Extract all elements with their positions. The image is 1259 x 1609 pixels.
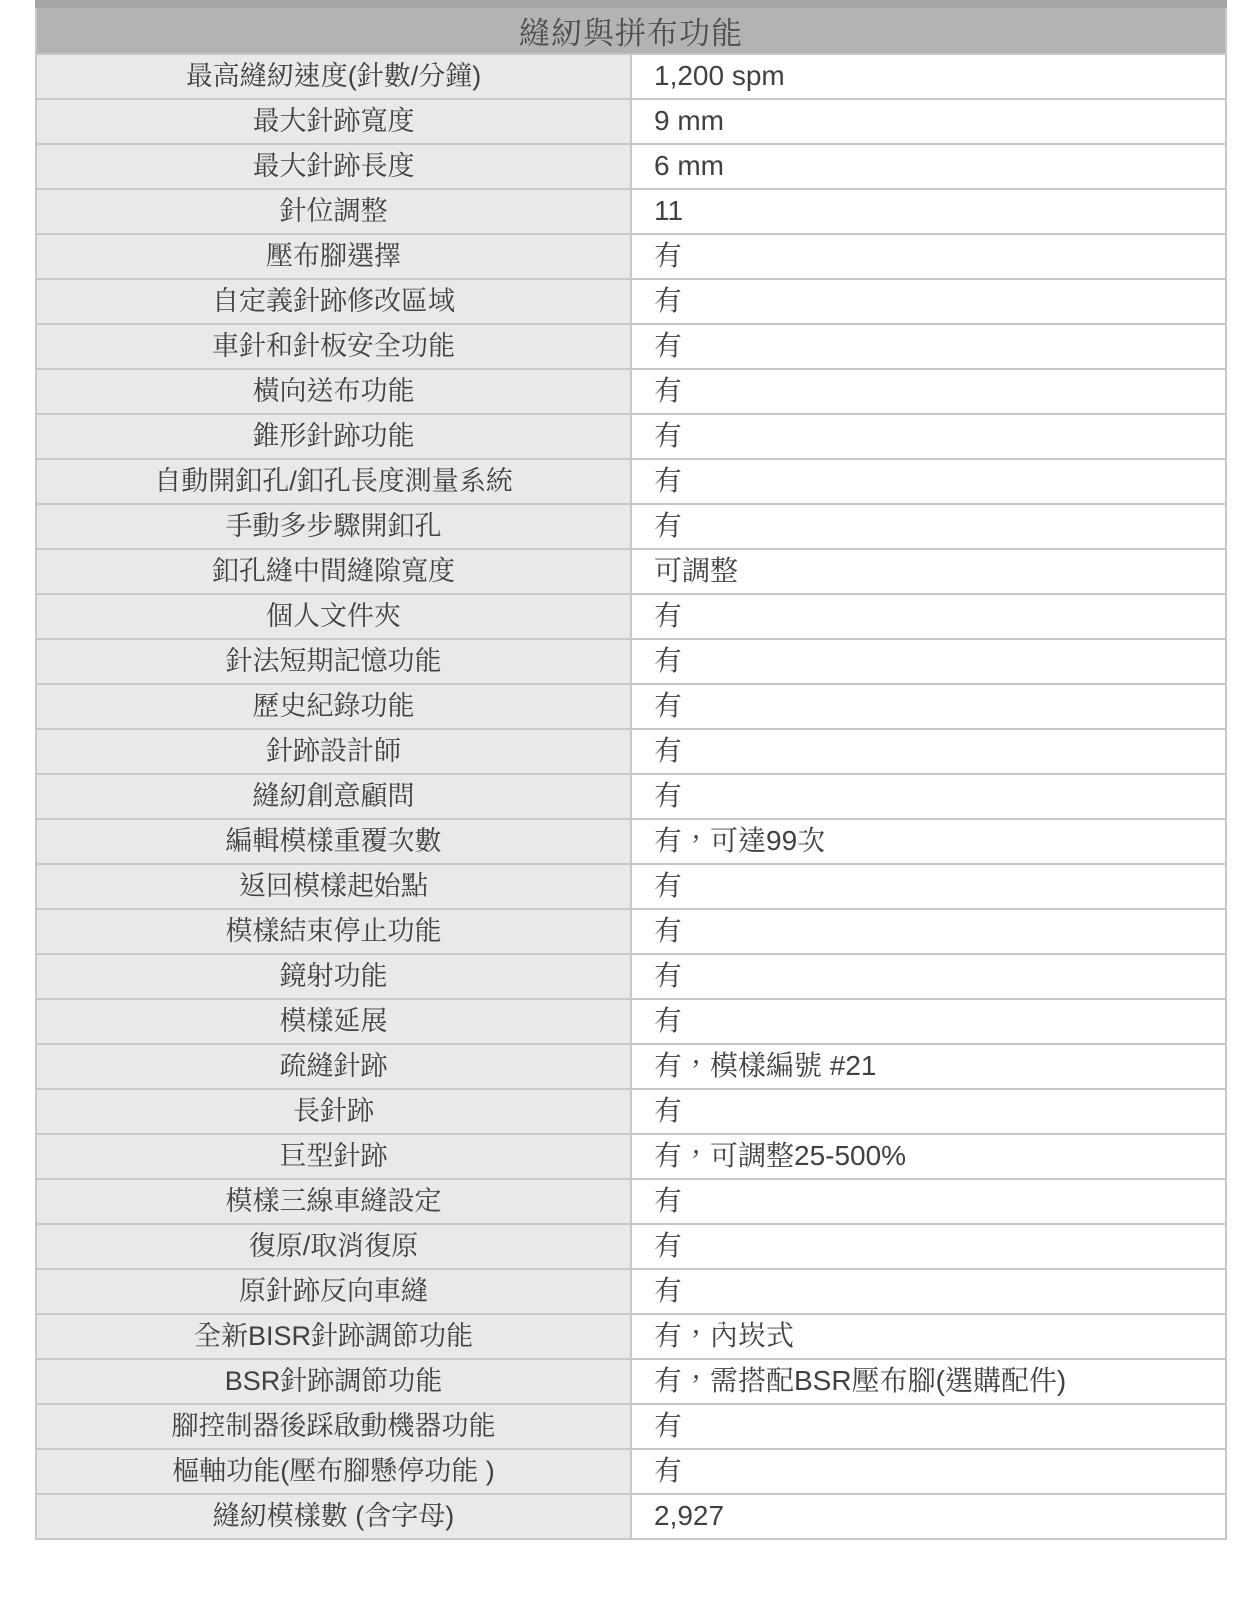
spec-label: 長針跡 — [36, 1089, 631, 1134]
sewing-quilting-spec-table: 縫紉與拼布功能 最高縫紉速度(針數/分鐘) 1,200 spm 最大針跡寬度 9… — [35, 0, 1227, 1540]
spec-table-body: 最高縫紉速度(針數/分鐘) 1,200 spm 最大針跡寬度 9 mm 最大針跡… — [36, 54, 1226, 1539]
spec-label: 釦孔縫中間縫隙寬度 — [36, 549, 631, 594]
spec-value: 有 — [631, 369, 1226, 414]
spec-label: 最高縫紉速度(針數/分鐘) — [36, 54, 631, 99]
spec-label: 模樣延展 — [36, 999, 631, 1044]
spec-row: 全新BISR針跡調節功能 有，內崁式 — [36, 1314, 1226, 1359]
spec-value: 11 — [631, 189, 1226, 234]
spec-label: 模樣結束停止功能 — [36, 909, 631, 954]
spec-value: 有，內崁式 — [631, 1314, 1226, 1359]
spec-value: 有 — [631, 504, 1226, 549]
spec-label: BSR針跡調節功能 — [36, 1359, 631, 1404]
spec-value: 有 — [631, 234, 1226, 279]
spec-value: 2,927 — [631, 1494, 1226, 1539]
spec-value: 有，可調整25-500% — [631, 1134, 1226, 1179]
spec-row: 最高縫紉速度(針數/分鐘) 1,200 spm — [36, 54, 1226, 99]
spec-row: 鏡射功能 有 — [36, 954, 1226, 999]
spec-table-title-row: 縫紉與拼布功能 — [36, 4, 1226, 54]
spec-value: 有 — [631, 414, 1226, 459]
spec-label: 全新BISR針跡調節功能 — [36, 1314, 631, 1359]
spec-value: 有 — [631, 1404, 1226, 1449]
spec-row: 巨型針跡 有，可調整25-500% — [36, 1134, 1226, 1179]
spec-label: 原針跡反向車縫 — [36, 1269, 631, 1314]
spec-label: 模樣三線車縫設定 — [36, 1179, 631, 1224]
table-title: 縫紉與拼布功能 — [36, 4, 1226, 54]
spec-row: 復原/取消復原 有 — [36, 1224, 1226, 1269]
spec-row: 手動多步驟開釦孔 有 — [36, 504, 1226, 549]
spec-label: 復原/取消復原 — [36, 1224, 631, 1269]
spec-label: 巨型針跡 — [36, 1134, 631, 1179]
spec-label: 針跡設計師 — [36, 729, 631, 774]
spec-row: 自動開釦孔/釦孔長度測量系統 有 — [36, 459, 1226, 504]
spec-value: 有 — [631, 594, 1226, 639]
spec-label: 最大針跡長度 — [36, 144, 631, 189]
spec-row: 壓布腳選擇 有 — [36, 234, 1226, 279]
spec-sheet-page: 縫紉與拼布功能 最高縫紉速度(針數/分鐘) 1,200 spm 最大針跡寬度 9… — [0, 0, 1259, 1609]
spec-label: 樞軸功能(壓布腳懸停功能 ) — [36, 1449, 631, 1494]
spec-label: 壓布腳選擇 — [36, 234, 631, 279]
spec-row: 縫紉模樣數 (含字母) 2,927 — [36, 1494, 1226, 1539]
spec-value: 9 mm — [631, 99, 1226, 144]
spec-label: 歷史紀錄功能 — [36, 684, 631, 729]
spec-label: 鏡射功能 — [36, 954, 631, 999]
spec-value: 有 — [631, 729, 1226, 774]
spec-label: 縫紉模樣數 (含字母) — [36, 1494, 631, 1539]
spec-row: 最大針跡寬度 9 mm — [36, 99, 1226, 144]
spec-row: 返回模樣起始點 有 — [36, 864, 1226, 909]
spec-value: 有 — [631, 1449, 1226, 1494]
spec-label: 腳控制器後踩啟動機器功能 — [36, 1404, 631, 1449]
spec-label: 錐形針跡功能 — [36, 414, 631, 459]
spec-value: 有 — [631, 954, 1226, 999]
spec-row: 編輯模樣重覆次數 有，可達99次 — [36, 819, 1226, 864]
spec-row: 個人文件夾 有 — [36, 594, 1226, 639]
spec-label: 個人文件夾 — [36, 594, 631, 639]
spec-value: 有 — [631, 999, 1226, 1044]
spec-row: BSR針跡調節功能 有，需搭配BSR壓布腳(選購配件) — [36, 1359, 1226, 1404]
spec-label: 最大針跡寬度 — [36, 99, 631, 144]
spec-label: 橫向送布功能 — [36, 369, 631, 414]
spec-row: 錐形針跡功能 有 — [36, 414, 1226, 459]
spec-value: 有，模樣編號 #21 — [631, 1044, 1226, 1089]
spec-table-header: 縫紉與拼布功能 — [36, 4, 1226, 54]
spec-value: 有 — [631, 774, 1226, 819]
spec-label: 縫紉創意顧問 — [36, 774, 631, 819]
spec-value: 有 — [631, 279, 1226, 324]
spec-row: 自定義針跡修改區域 有 — [36, 279, 1226, 324]
spec-value: 有 — [631, 684, 1226, 729]
spec-row: 樞軸功能(壓布腳懸停功能 ) 有 — [36, 1449, 1226, 1494]
spec-row: 模樣三線車縫設定 有 — [36, 1179, 1226, 1224]
spec-label: 手動多步驟開釦孔 — [36, 504, 631, 549]
spec-value: 可調整 — [631, 549, 1226, 594]
spec-value: 有 — [631, 639, 1226, 684]
spec-value: 有，需搭配BSR壓布腳(選購配件) — [631, 1359, 1226, 1404]
spec-value: 有，可達99次 — [631, 819, 1226, 864]
spec-row: 針位調整 11 — [36, 189, 1226, 234]
spec-row: 針跡設計師 有 — [36, 729, 1226, 774]
spec-value: 有 — [631, 1224, 1226, 1269]
spec-row: 最大針跡長度 6 mm — [36, 144, 1226, 189]
spec-row: 縫紉創意顧問 有 — [36, 774, 1226, 819]
spec-label: 車針和針板安全功能 — [36, 324, 631, 369]
spec-value: 有 — [631, 909, 1226, 954]
spec-label: 針位調整 — [36, 189, 631, 234]
spec-row: 模樣延展 有 — [36, 999, 1226, 1044]
spec-row: 腳控制器後踩啟動機器功能 有 — [36, 1404, 1226, 1449]
spec-row: 模樣結束停止功能 有 — [36, 909, 1226, 954]
spec-label: 疏縫針跡 — [36, 1044, 631, 1089]
spec-row: 釦孔縫中間縫隙寬度 可調整 — [36, 549, 1226, 594]
spec-value: 有 — [631, 864, 1226, 909]
spec-value: 有 — [631, 1179, 1226, 1224]
spec-label: 返回模樣起始點 — [36, 864, 631, 909]
spec-row: 針法短期記憶功能 有 — [36, 639, 1226, 684]
spec-label: 編輯模樣重覆次數 — [36, 819, 631, 864]
spec-label: 自定義針跡修改區域 — [36, 279, 631, 324]
spec-value: 6 mm — [631, 144, 1226, 189]
spec-row: 長針跡 有 — [36, 1089, 1226, 1134]
spec-value: 有 — [631, 1089, 1226, 1134]
spec-value: 有 — [631, 324, 1226, 369]
spec-value: 有 — [631, 1269, 1226, 1314]
spec-row: 疏縫針跡 有，模樣編號 #21 — [36, 1044, 1226, 1089]
spec-row: 歷史紀錄功能 有 — [36, 684, 1226, 729]
spec-row: 橫向送布功能 有 — [36, 369, 1226, 414]
spec-row: 原針跡反向車縫 有 — [36, 1269, 1226, 1314]
spec-label: 自動開釦孔/釦孔長度測量系統 — [36, 459, 631, 504]
spec-row: 車針和針板安全功能 有 — [36, 324, 1226, 369]
spec-label: 針法短期記憶功能 — [36, 639, 631, 684]
spec-value: 1,200 spm — [631, 54, 1226, 99]
spec-value: 有 — [631, 459, 1226, 504]
